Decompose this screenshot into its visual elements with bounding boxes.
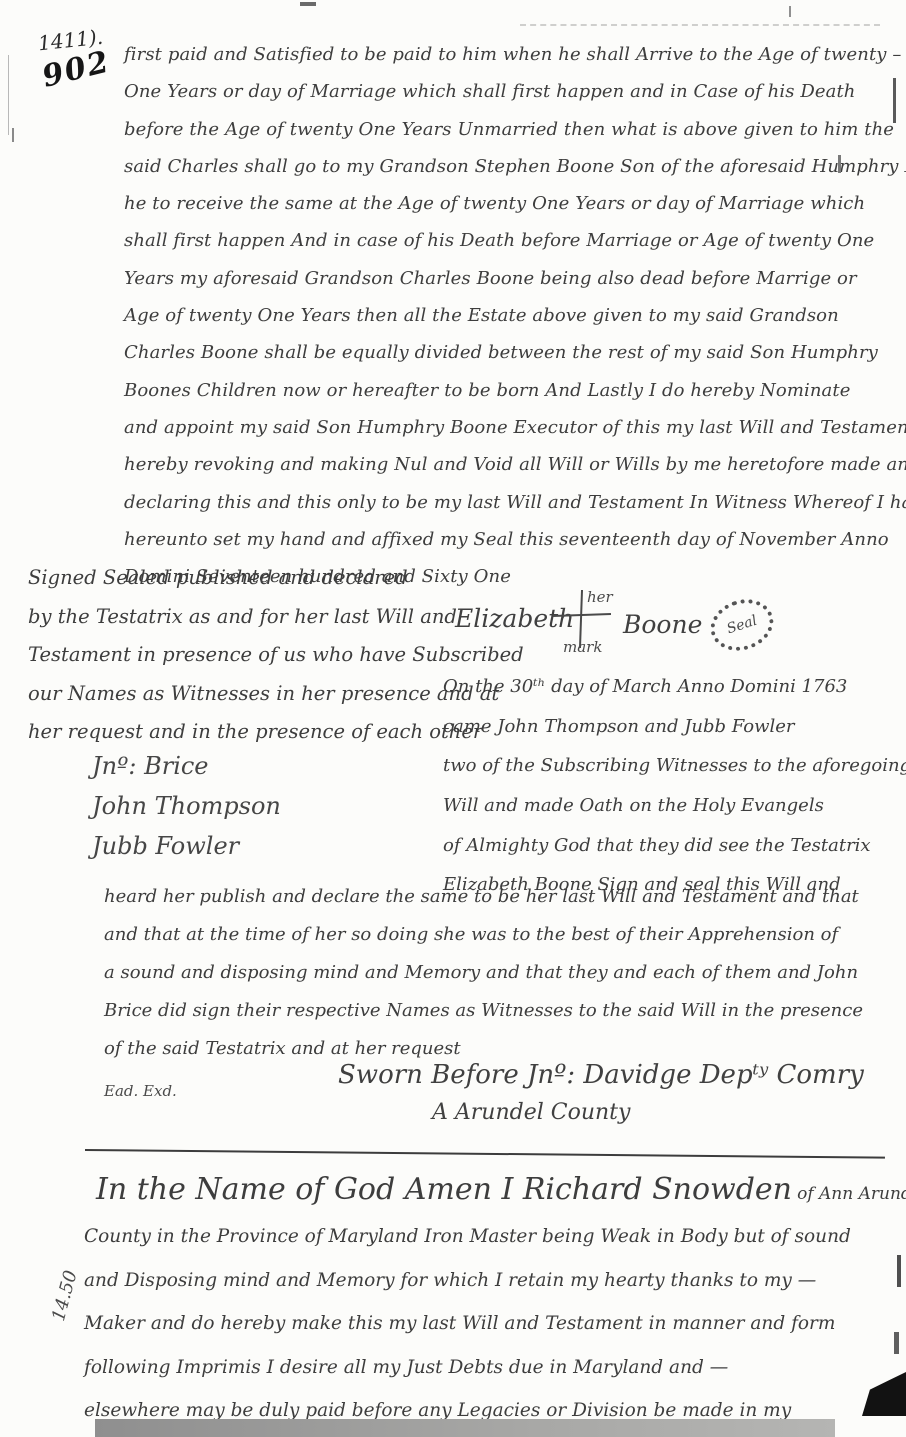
will-body-line: shall first happen And in case of his De… bbox=[124, 230, 906, 267]
top-edge-mark-artifact bbox=[300, 2, 316, 6]
will-body-line: before the Age of twenty One Years Unmar… bbox=[124, 119, 906, 156]
mark-label-mark: mark bbox=[563, 638, 602, 656]
testatrix-last-name: Boone bbox=[623, 610, 702, 639]
will-body-line: Boones Children now or hereafter to be b… bbox=[124, 380, 906, 417]
will-body-line: said Charles shall go to my Grandson Ste… bbox=[124, 156, 906, 193]
witness-signature: Jnº: Brice bbox=[92, 752, 281, 792]
witness-signatures: Jnº: Brice John Thompson Jubb Fowler bbox=[92, 752, 281, 872]
will-body-line: Age of twenty One Years then all the Est… bbox=[124, 305, 906, 342]
section-divider-rule bbox=[85, 1149, 885, 1159]
corner-shadow-artifact bbox=[862, 1372, 906, 1416]
will-body-line: declaring this and this only to be my la… bbox=[124, 492, 906, 529]
snowden-body-line: and Disposing mind and Memory for which … bbox=[84, 1270, 851, 1314]
will-body-line: One Years or day of Marriage which shall… bbox=[124, 81, 906, 118]
probate-clause: On the 30ᵗʰ day of March Anno Domini 176… bbox=[443, 676, 906, 914]
sworn-before-county-line: A Arundel County bbox=[432, 1100, 630, 1125]
top-right-tick-artifact bbox=[789, 6, 791, 17]
probate-line: On the 30ᵗʰ day of March Anno Domini 176… bbox=[443, 676, 906, 716]
clerk-margin-note: Ead. Exd. bbox=[104, 1082, 177, 1100]
faint-dashes-artifact bbox=[520, 24, 880, 26]
snowden-body-line: County in the Province of Maryland Iron … bbox=[84, 1226, 851, 1270]
right-edge-mark-artifact bbox=[893, 78, 896, 123]
probate-continuation-line: a sound and disposing mind and Memory an… bbox=[104, 962, 863, 1000]
manuscript-page: 1411). 902 first paid and Satisfied to b… bbox=[0, 0, 906, 1437]
margin-tick-artifact bbox=[12, 128, 14, 142]
snowden-body-line: following Imprimis I desire all my Just … bbox=[84, 1357, 851, 1401]
snowden-will-body: County in the Province of Maryland Iron … bbox=[84, 1226, 851, 1437]
snowden-will-opening: In the Name of God Amen I Richard Snowde… bbox=[96, 1172, 906, 1207]
probate-continuation: heard her publish and declare the same t… bbox=[104, 886, 863, 1076]
probate-line: two of the Subscribing Witnesses to the … bbox=[443, 755, 906, 795]
attestation-line: Signed Sealed published and declared bbox=[28, 566, 524, 605]
probate-line: of Almighty God that they did see the Te… bbox=[443, 835, 906, 875]
right-edge-mark-artifact bbox=[894, 1332, 899, 1354]
will-body-line: first paid and Satisfied to be paid to h… bbox=[124, 44, 906, 81]
rotated-margin-note: 14.50 bbox=[48, 1268, 82, 1323]
will-body-line: and appoint my said Son Humphry Boone Ex… bbox=[124, 417, 906, 454]
will-body-line: hereby revoking and making Nul and Void … bbox=[124, 454, 906, 491]
witness-signature: John Thompson bbox=[92, 792, 281, 832]
will-body-line: he to receive the same at the Age of twe… bbox=[124, 193, 906, 230]
will-body-paragraph: first paid and Satisfied to be paid to h… bbox=[124, 44, 906, 603]
probate-line: Will and made Oath on the Holy Evangels bbox=[443, 795, 906, 835]
snowden-opening-main: In the Name of God Amen I Richard Snowde… bbox=[96, 1172, 792, 1207]
will-body-line: Years my aforesaid Grandson Charles Boon… bbox=[124, 268, 906, 305]
sworn-before-line: Sworn Before Jnº: Davidge Depᵗʸ Comry bbox=[338, 1060, 864, 1090]
bottom-scan-band-artifact bbox=[95, 1419, 835, 1437]
witness-signature: Jubb Fowler bbox=[92, 832, 281, 872]
will-body-line: Charles Boone shall be equally divided b… bbox=[124, 342, 906, 379]
probate-line: came John Thompson and Jubb Fowler bbox=[443, 716, 906, 756]
right-edge-mark-artifact bbox=[897, 1255, 901, 1287]
probate-continuation-line: Brice did sign their respective Names as… bbox=[104, 1000, 863, 1038]
probate-continuation-line: heard her publish and declare the same t… bbox=[104, 886, 863, 924]
snowden-opening-suffix: of Ann Arundel bbox=[797, 1184, 906, 1204]
right-margin-mark-artifact bbox=[838, 155, 841, 173]
will-body-line: hereunto set my hand and affixed my Seal… bbox=[124, 529, 906, 566]
fold-line-artifact bbox=[8, 55, 9, 135]
probate-continuation-line: and that at the time of her so doing she… bbox=[104, 924, 863, 962]
attestation-line: by the Testatrix as and for her last Wil… bbox=[28, 605, 524, 644]
snowden-body-line: Maker and do hereby make this my last Wi… bbox=[84, 1313, 851, 1357]
